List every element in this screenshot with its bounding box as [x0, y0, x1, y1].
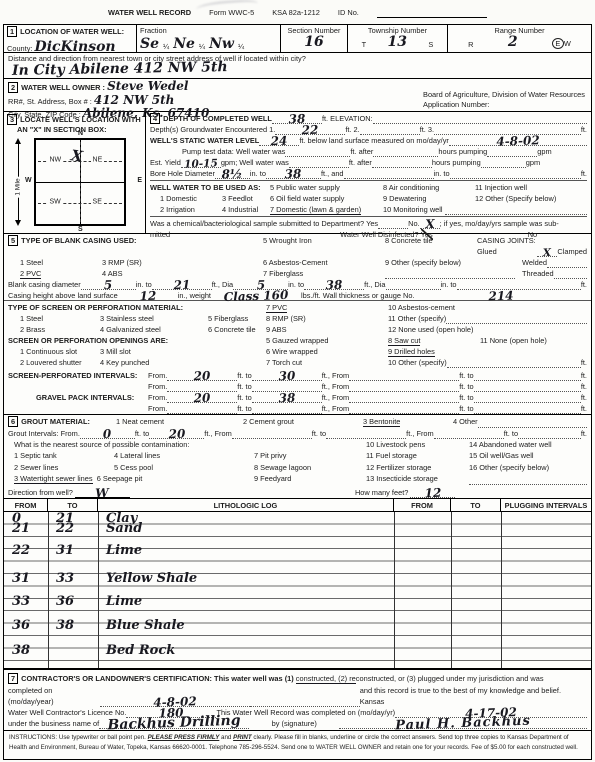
lith-description: Lime [106, 595, 142, 608]
screen-opt-6: 6 Concrete tile [208, 324, 256, 335]
ft-after-label-2: ft. after [349, 157, 372, 168]
lith-description: Bed Rock [106, 644, 175, 657]
contamination-grid: What is the nearest source of possible c… [8, 439, 587, 485]
contam-opt-9: 9 Feedyard [248, 473, 360, 485]
section-casing: 5TYPE OF BLANK CASING USED: 5 Wrought Ir… [4, 233, 591, 300]
fraction-1: Se [140, 37, 159, 51]
in-to-label-2: in. to [434, 168, 450, 179]
township-value: 13 [388, 35, 407, 49]
used-opt-3: 3 Feedlot [222, 193, 253, 204]
ft-from-b1: ft., From [322, 381, 350, 392]
joints-glued-label: CASING JOINTS: Glued [477, 235, 537, 257]
casing-dia2-to-blank: 38 [304, 282, 364, 290]
completed-label: completed on (mo/day/year) [8, 685, 100, 707]
static-level-mid: ft. below land surface measured on mo/da… [299, 135, 449, 146]
signature-blank: Paul H. Backhus [339, 721, 587, 729]
sample-question: Was a chemical/bacteriological sample su… [150, 218, 378, 229]
lith-from-value: 31 [12, 572, 30, 585]
grout-b3 [434, 431, 504, 439]
lith-to-value: 38 [56, 619, 74, 632]
section-owner: 2WATER WELL OWNER : Steve Wedel RR#, St.… [4, 78, 591, 111]
contam-opt-4: 4 Lateral lines [108, 450, 248, 462]
screen-opt-9: 9 ABS [266, 324, 388, 335]
casing-title: TYPE OF BLANK CASING USED: [21, 236, 136, 245]
screen-opt-8: 8 RMP (SR) [266, 313, 388, 324]
form-ksa: KSA 82a-1212 [272, 8, 320, 18]
ft-to-b4: ft. to [459, 403, 473, 414]
casing-opt-9: 9 Other (specify below) [385, 257, 477, 268]
record-completed-label: This Water Well Record was completed on … [216, 707, 395, 718]
well-used-as-grid: WELL WATER TO BE USED AS: 5 Public water… [150, 180, 587, 215]
yield-value: 10-15 [184, 158, 218, 170]
from-label-3: From. [148, 392, 167, 403]
cert-pre: CONTRACTOR'S OR LANDOWNER'S CERTIFICATIO… [21, 674, 296, 683]
ft-label-3: ft. [581, 279, 587, 290]
gpi-b2 [252, 406, 322, 414]
contam-opt-7: 7 Pit privy [248, 450, 360, 462]
gpi-b3 [349, 406, 459, 414]
threaded-blank [554, 271, 587, 279]
gpm-label: gpm [537, 146, 551, 157]
used-opt-7-selected: 7 Domestic (lawn & garden) [270, 205, 361, 215]
groundwater-label: Depth(s) Groundwater Encountered 1. [150, 124, 275, 135]
grout-b1 [232, 431, 312, 439]
water-well-record-form: WATER WELL RECORD Form WWC-5 KSA 82a-121… [0, 0, 595, 762]
ft-label-2: ft. [581, 168, 587, 179]
spi-b3 [349, 384, 459, 392]
bore-to-blank: 38 [266, 171, 321, 179]
feet-blank: 12 [410, 490, 455, 498]
ft-to-b2: ft. to [459, 381, 473, 392]
in-to-label-4: in. to [288, 279, 304, 290]
fraction-2: Ne [173, 37, 195, 51]
screen-opt-3: 3 Stainless steel [100, 313, 208, 324]
casing-opt-3: 3 RMP (SR) [102, 257, 142, 268]
section-box-diagram: NW NE SW SE X [34, 138, 126, 226]
contam-opt-6: 6 Seepage pit [97, 474, 143, 483]
ft-b2: ft. [581, 403, 587, 414]
section-depth: 4 DEPTH OF COMPLETED WELL 38 ft. ELEVATI… [146, 112, 591, 233]
compass-w: W [25, 176, 32, 186]
address-value: 412 NW 5th [94, 93, 174, 107]
ft-dia-label-2: ft., Dia [364, 279, 385, 290]
contam-opt-1: 1 Septic tank [8, 450, 108, 462]
by-signature-label: by (signature) [249, 718, 339, 729]
sample-no-blank: X [420, 221, 440, 229]
feet-label: How many feet? [355, 487, 408, 499]
quad-se: SE [91, 198, 104, 208]
owner-title: WATER WELL OWNER : [21, 83, 105, 92]
col-plugging-intervals: PLUGGING INTERVALS [501, 499, 591, 511]
yield-gpm-blank [481, 160, 526, 168]
gravel-intervals-label: GRAVEL PACK INTERVALS: [8, 392, 148, 403]
used-as-title: WELL WATER TO BE USED AS: [150, 182, 270, 193]
section-3-4-row: 3LOCATE WELL'S LOCATION WITH AN "X" IN S… [4, 111, 591, 233]
elevation-blank [373, 116, 587, 124]
section-location: 1LOCATION OF WATER WELL: County: DicKins… [4, 25, 591, 52]
screen-opt-7-selected: 7 PVC [266, 303, 287, 313]
instructions-print: PRINT [233, 734, 252, 741]
used-opt-6: 6 Oil field water supply [270, 193, 383, 204]
casing-opt-7: 7 Fiberglass [263, 268, 385, 279]
ft-dia-label: ft., Dia [212, 279, 233, 290]
grout-b4 [518, 431, 581, 439]
form-id-label: ID No. [338, 8, 359, 18]
section-locate: 3LOCATE WELL'S LOCATION WITH AN "X" IN S… [4, 112, 146, 233]
cert-constructed-marked: constructed, (2) re [296, 674, 356, 684]
spi-to2-blank [474, 373, 581, 381]
monitoring-blank [445, 207, 587, 215]
board-line2: Application Number: [423, 100, 585, 110]
casing-opt-5: 5 Wrought Iron [263, 235, 385, 257]
gpi-b4 [474, 406, 581, 414]
locate-title-2: AN "X" IN SECTION BOX: [7, 125, 142, 135]
form-title: WATER WELL RECORD [108, 8, 191, 18]
pump-gpm-blank [487, 149, 537, 157]
lithologic-table: FROM TO LITHOLOGIC LOG FROM TO PLUGGING … [4, 498, 591, 668]
section-box-x-mark: X [70, 148, 84, 164]
distance-value: In City Abilene 412 NW 5th [12, 60, 228, 78]
spi-from-value: 20 [194, 369, 211, 382]
openings-opt-4: 4 Key punched [100, 357, 208, 368]
openings-grid: SCREEN OR PERFORATION OPENINGS ARE: 5 Ga… [8, 335, 587, 368]
locate-title-1: LOCATE WELL'S LOCATION WITH [20, 115, 141, 124]
direction-blank: W [75, 490, 130, 498]
screen-opt-5: 5 Fiberglass [208, 313, 248, 324]
section-grout: 6GROUT MATERIAL: 1 Neat cement 2 Cement … [4, 414, 591, 498]
form-id-blank [377, 10, 487, 18]
g-ft-to-3: ft. to [504, 428, 518, 439]
ft-to-label-4: ft. to [459, 392, 473, 403]
range-prefix: R [468, 40, 473, 49]
used-opt-8: 8 Air conditioning [383, 182, 475, 193]
business-blank: Backhus Drilling [99, 721, 249, 729]
openings-opt-7: 7 Torch cut [266, 357, 388, 368]
township-prefix: T [362, 40, 367, 49]
lith-from-value: 36 [12, 619, 30, 632]
ft-2-label: ft. 2. [345, 124, 359, 135]
casing-opt-1: 1 Steel [20, 257, 102, 268]
from-label-4: From. [148, 403, 167, 414]
grout-b2 [326, 431, 406, 439]
contam-opt-2: 2 Sewer lines [8, 462, 108, 474]
ft-3-label: ft. 3. [420, 124, 434, 135]
ft-label-4: ft. [581, 357, 587, 368]
glued-x: X [543, 247, 552, 258]
lith-description: Lime [106, 544, 142, 557]
quad-sw: SW [47, 198, 62, 208]
ft-after-label: ft. after [350, 146, 373, 157]
g-ft-from: ft., From [204, 428, 232, 439]
ft-label-6: ft. [581, 392, 587, 403]
spi-to-value: 30 [278, 369, 295, 382]
pump-level-blank [285, 149, 350, 157]
range-value: 2 [508, 35, 518, 49]
contam-opt-13: 13 Insecticide storage [360, 473, 463, 485]
glued-blank: X [537, 249, 557, 257]
casing-opt-6: 6 Asbestos-Cement [263, 257, 385, 268]
screen-material-grid: TYPE OF SCREEN OR PERFORATION MATERIAL: … [8, 302, 587, 335]
casing-dia3-to-blank [457, 282, 581, 290]
g-ft: ft. [581, 428, 587, 439]
sample-yes-blank [378, 221, 408, 229]
openings-opt-10: 10 Other (specify) [388, 357, 447, 368]
in-to-label-5: in. to [441, 279, 457, 290]
instructions-footer: INSTRUCTIONS: Use typewriter or ball poi… [4, 730, 591, 755]
board-line1: Board of Agriculture, Division of Water … [423, 90, 585, 100]
grout-opt-1: 1 Neat cement [108, 416, 243, 428]
grout-from-value: 0 [103, 427, 112, 439]
gauge-blank: 214 [415, 293, 588, 301]
grout-opt-2: 2 Cement grout [243, 416, 363, 428]
ft-from-label-2: ft., From [322, 392, 350, 403]
bore-dia2-blank [344, 171, 434, 179]
spi-from-blank: 20 [167, 373, 237, 381]
in-to-label: in. to [250, 168, 266, 179]
contam-opt-3-selected: 3 Watertight sewer lines [14, 474, 93, 484]
openings-other-blank [447, 360, 581, 368]
grout-intervals-label: Grout Intervals: From. [8, 428, 80, 439]
ft-b1: ft. [581, 381, 587, 392]
instructions-press-firmly: PLEASE PRESS FIRMLY [148, 734, 220, 741]
lith-to-value: 31 [56, 544, 74, 557]
section-certification: 7CONTRACTOR'S OR LANDOWNER'S CERTIFICATI… [4, 668, 591, 730]
gpm-label-2: gpm [526, 157, 540, 168]
contam-opt-5: 5 Cess pool [108, 462, 248, 474]
section1-number: 1 [7, 26, 17, 37]
hours-pumping-label-2: hours pumping [432, 157, 481, 168]
openings-opt-6: 6 Wire wrapped [266, 346, 388, 357]
township-suffix: S [428, 40, 433, 49]
gpi-to-blank: 38 [252, 395, 322, 403]
screen-opt-1: 1 Steel [20, 313, 100, 324]
bore-dia-blank: 8½ [215, 171, 250, 179]
from-label: From. [148, 370, 167, 381]
county-cell: 1LOCATION OF WATER WELL: County: DicKins… [4, 25, 137, 52]
direction-label: Direction from well? [8, 487, 73, 499]
openings-opt-11: 11 None (open hole) [480, 335, 587, 346]
ft-from-label: ft., From [322, 370, 350, 381]
grout-title: GROUT MATERIAL: [21, 417, 90, 426]
pump-hours-blank [373, 149, 438, 157]
ft-to-label: ft. to [237, 370, 251, 381]
lith-description: Yellow Shale [106, 572, 197, 585]
intervals-block: SCREEN-PERFORATED INTERVALS: From. 20 ft… [4, 369, 591, 414]
range-east-circled: E [552, 38, 564, 49]
lith-from-value: 38 [12, 644, 30, 657]
township-cell: Township Number T 13 S [348, 25, 448, 52]
screen-material-block: TYPE OF SCREEN OR PERFORATION MATERIAL: … [4, 300, 591, 335]
cert-line2-tail: and this record is true to the best of m… [360, 685, 587, 707]
contam-opt-15: 15 Oil well/Gas well [463, 450, 587, 462]
grout-opt-3-selected: 3 Bentonite [363, 417, 400, 427]
distance-row: Distance and direction from nearest town… [4, 52, 591, 78]
casing-dia1-to-value: 21 [173, 279, 190, 292]
openings-opt-5: 5 Gauzed wrapped [266, 335, 388, 346]
col-to: TO [48, 499, 98, 511]
screen-opt-2: 2 Brass [20, 324, 100, 335]
grout-opt-4: 4 Other [453, 416, 478, 428]
lith-description: Blue Shale [106, 619, 185, 632]
bore-to2-blank [450, 171, 581, 179]
ft-to-b3: ft. to [237, 403, 251, 414]
ft-and-label: ft., and [321, 168, 344, 179]
used-opt-11: 11 Injection well [475, 182, 587, 193]
screen-opt-4: 4 Galvanized steel [100, 324, 208, 335]
section-number-value: 16 [304, 34, 323, 50]
lith-description: Sand [106, 522, 142, 535]
casing-height-label: Casing height above land surface [8, 290, 118, 301]
ft-from-b2: ft., From [322, 403, 350, 414]
spi-from2-blank [349, 373, 459, 381]
instructions-pre: INSTRUCTIONS: Use typewriter or ball poi… [9, 734, 148, 741]
gpi-to-value: 38 [278, 391, 295, 404]
weight-blank: Class 160 [211, 293, 301, 301]
lithologic-body: 0 21 Clay 21 22 Sand 22 31 Lime [4, 512, 591, 668]
screen-opt-12: 12 None used (open hole) [388, 324, 587, 335]
used-opt-2: 2 Irrigation [160, 204, 222, 215]
groundwater-1-value: 22 [302, 124, 319, 137]
fraction-label: Fraction [140, 26, 277, 35]
yield-blank: 10-15 [181, 160, 221, 168]
casing-dia1-to-blank: 21 [152, 282, 212, 290]
from-label-2: From. [148, 381, 167, 392]
casing-height-blank: 12 [118, 293, 178, 301]
quarter-glyph: ¼ [238, 42, 244, 51]
used-opt-10: 10 Monitoring well [383, 204, 443, 215]
section2-number: 2 [8, 82, 18, 93]
col-to-2: TO [451, 499, 501, 511]
spi-b4 [474, 384, 581, 392]
static-level-label: WELL'S STATIC WATER LEVEL [150, 135, 259, 146]
ft-to-label-2: ft. to [459, 370, 473, 381]
used-opt-4: 4 Industrial [222, 204, 258, 215]
lith-to-value: 22 [56, 522, 74, 535]
ft-label: ft. [581, 124, 587, 135]
hours-pumping-label: hours pumping [438, 146, 487, 157]
fraction-cell: Fraction Se¼ Ne¼ Nw¼ [137, 25, 281, 52]
casing-opt-2-selected: 2 PVC [20, 269, 41, 279]
openings-block: SCREEN OR PERFORATION OPENINGS ARE: 5 Ga… [4, 335, 591, 369]
g-ft-from-2: ft., From [406, 428, 434, 439]
yield-label: Est. Yield [150, 157, 181, 168]
used-opt-12: 12 Other (Specify below) [475, 193, 587, 204]
gpi-from-blank: 20 [167, 395, 237, 403]
casing-dia3-blank [386, 282, 441, 290]
casing-other-blank [385, 271, 515, 279]
openings-opt-1: 1 Continuous slot [20, 346, 100, 357]
section3-number: 3 [7, 114, 17, 125]
section5-number: 5 [8, 235, 18, 246]
gpi-from-value: 20 [194, 391, 211, 404]
screen-other-blank [446, 316, 587, 324]
casing-dia1-blank: 5 [81, 282, 136, 290]
section7-number: 7 [8, 673, 18, 684]
sample-tail: ; if yes, mo/day/yrs sample was sub- [440, 218, 559, 229]
grout-from-blank: 0 [80, 431, 135, 439]
address-label: RR#, St. Address, Box # : [8, 97, 92, 106]
gpi-b1 [167, 406, 237, 414]
g-ft-to-2: ft. to [312, 428, 326, 439]
clamped-label: Clamped [557, 246, 587, 257]
openings-opt-2: 2 Louvered shutter [20, 357, 100, 368]
contam-opt-11: 11 Fuel storage [360, 450, 463, 462]
gpi-from2-blank [349, 395, 459, 403]
openings-opt-9-marked: 9 Drilled holes [388, 347, 435, 357]
one-mile-label: 1 Mile [14, 176, 24, 197]
form-frame: 1LOCATION OF WATER WELL: County: DicKins… [3, 24, 592, 760]
one-mile-arrow: 1 Mile [14, 138, 24, 226]
used-opt-9: 9 Dewatering [383, 193, 475, 204]
weight-value: Class 160 [223, 289, 288, 303]
grout-other-blank [478, 420, 587, 428]
form-number: Form WWC-5 [209, 8, 254, 18]
business-label: under the business name of [8, 718, 99, 729]
bore-to-value: 38 [285, 168, 302, 181]
quarter-glyph: ¼ [163, 42, 169, 51]
casing-dia1-value: 5 [104, 279, 113, 291]
static-level-blank: 24 [259, 138, 299, 146]
compass-e: E [137, 176, 142, 186]
wall-thickness-label: lbs./ft. Wall thickness or gauge No. [301, 290, 415, 301]
casing-grid: 5TYPE OF BLANK CASING USED: 5 Wrought Ir… [8, 235, 587, 279]
contam-other-blank [469, 477, 587, 485]
lithologic-header: FROM TO LITHOLOGIC LOG FROM TO PLUGGING … [4, 499, 591, 512]
static-date-blank: 4-8-02 [449, 138, 587, 146]
col-from-2: FROM [394, 499, 451, 511]
lith-to-value: 36 [56, 595, 74, 608]
section1-title: LOCATION OF WATER WELL: [20, 27, 124, 36]
section6-number: 6 [8, 416, 18, 427]
spi-to-blank: 30 [252, 373, 322, 381]
quarter-glyph: ¼ [199, 42, 205, 51]
form-header: WATER WELL RECORD Form WWC-5 KSA 82a-121… [0, 8, 595, 18]
range-label: Range Number [451, 26, 588, 35]
contam-opt-16: 16 Other (specify below) [463, 462, 587, 474]
owner-value: Steve Wedel [107, 79, 188, 93]
lith-to-value: 33 [56, 572, 74, 585]
bore-dia-value: 8½ [222, 168, 243, 181]
static-date-value: 4-8-02 [496, 134, 540, 148]
casing-dia2-to-value: 38 [326, 279, 343, 292]
used-opt-5: 5 Public water supply [270, 182, 383, 193]
used-opt-1: 1 Domestic [160, 193, 222, 204]
sample-no-label: No. [408, 218, 420, 229]
section-number-cell: Section Number 16 [281, 25, 348, 52]
grout-to-value: 20 [168, 427, 185, 440]
openings-title: SCREEN OR PERFORATION OPENINGS ARE: [8, 335, 266, 346]
contam-opt-14: 14 Abandoned water well [463, 439, 587, 451]
casing-dia-label: Blank casing diameter [8, 279, 81, 290]
threaded-label: Threaded [522, 268, 554, 279]
ft-label-5: ft. [581, 370, 587, 381]
lith-from-value: 22 [12, 544, 30, 557]
ft-to-label-3: ft. to [237, 392, 251, 403]
range-west: W [564, 39, 571, 48]
grout-to-blank: 20 [149, 431, 204, 439]
screen-intervals-label: SCREEN-PERFORATED INTERVALS: [8, 370, 148, 381]
col-lithologic-log: LITHOLOGIC LOG [98, 499, 394, 511]
casing-height-value: 12 [139, 290, 156, 303]
yield-hours-blank [372, 160, 432, 168]
compass-s: S [78, 225, 83, 235]
fraction-3: Nw [209, 37, 234, 51]
compass-n: N [78, 129, 83, 139]
completed-blank-2 [250, 699, 360, 707]
pump-test-label: Pump test data: Well water was [182, 146, 285, 157]
lith-from-value: 21 [12, 522, 30, 535]
quad-nw: NW [47, 156, 63, 166]
